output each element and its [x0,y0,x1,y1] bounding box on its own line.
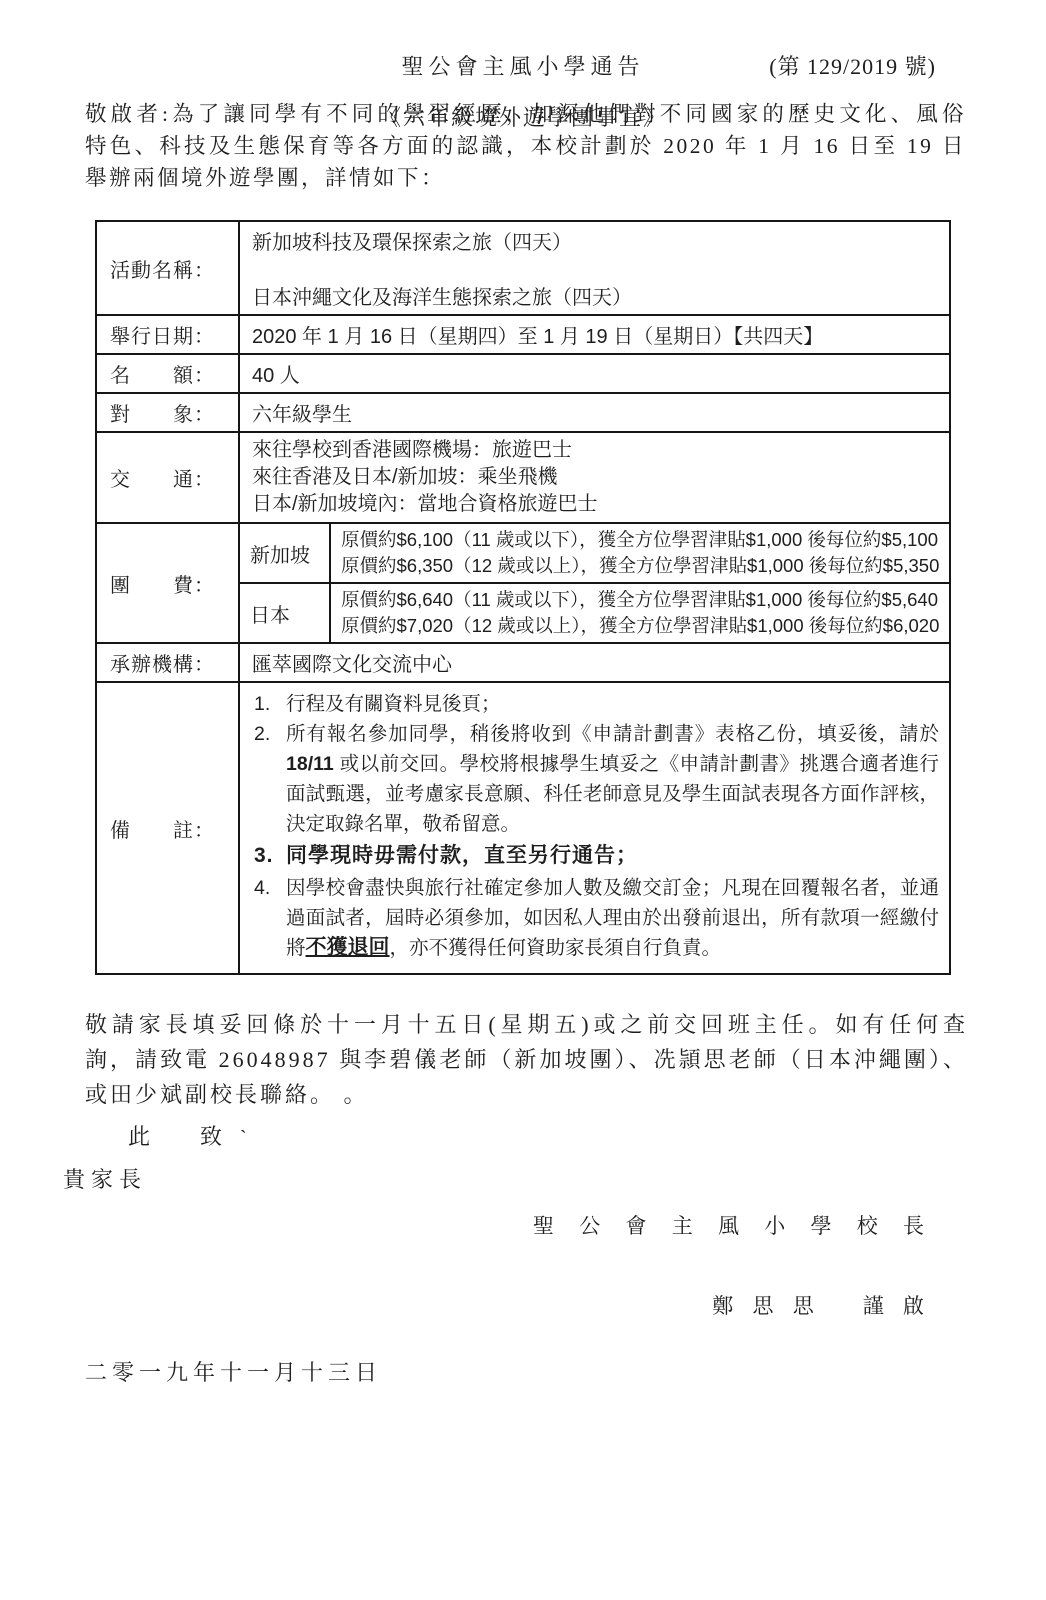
fee-row-japan: 日本 原價約$6,640（11 歲或以下），獲全方位學習津貼$1,000 後每位… [240,583,949,642]
transport-line-2: 來往香港及日本/新加坡：乘坐飛機 [252,464,941,491]
activity-label: 活動名稱： [96,221,239,315]
closing-paragraph: 敬請家長填妥回條於十一月十五日(星期五)或之前交回班主任。如有任何查 詢，請致電… [85,1007,968,1112]
remark-2-text: 所有報名參加同學，稍後將收到《申請計劃書》表格乙份，填妥後，請於 18/11 或… [286,719,943,839]
fee-singapore-line-1: 原價約$6,100（11 歲或以下），獲全方位學習津貼$1,000 後每位約$5… [341,527,945,553]
closing-line-2: 詢，請致電 26048987 與李碧儀老師（新加坡團）、冼頴思老師（日本沖繩團）… [85,1042,968,1077]
remark-4-no-refund: 不獲退回 [306,936,390,959]
issue-date: 二零一九年十一月十三日 [85,1356,1046,1387]
fee-singapore-line-2: 原價約$6,350（12 歲或以上），獲全方位學習津貼$1,000 後每位約$5… [341,553,945,579]
signature-honorific: 謹 啟 [863,1294,931,1318]
organizer-label: 承辦機構： [96,643,239,682]
activity-value: 新加坡科技及環保探索之旅（四天） 日本沖繩文化及海洋生態探索之旅（四天） [239,221,950,315]
quota-value: 40 人 [239,354,950,393]
remark-4-post: ，亦不獲得任何資助家長須自行負責。 [390,937,722,959]
fee-value: 新加坡 原價約$6,100（11 歲或以下），獲全方位學習津貼$1,000 後每… [239,523,950,643]
table-row-date: 舉行日期： 2020 年 1 月 16 日（星期四）至 1 月 19 日（星期日… [96,315,950,354]
salutation-text: 此 致 [128,1124,224,1149]
date-value: 2020 年 1 月 16 日（星期四）至 1 月 19 日（星期日）【共四天】 [239,315,950,354]
remark-2-post: 或以前交回。學校將根據學生填妥之《申請計劃書》挑選合適者進行面試甄選，並考慮家長… [286,753,939,835]
quota-label: 名 額： [96,354,239,393]
remark-item-1: 1. 行程及有關資料見後頁； [240,689,943,719]
salutation-mark: ˋ [240,1127,249,1149]
remark-item-2: 2. 所有報名參加同學，稍後將收到《申請計劃書》表格乙份，填妥後，請於 18/1… [240,719,943,839]
target-value: 六年級學生 [239,393,950,432]
recipient-line: 貴家長 [63,1163,1046,1194]
transport-label: 交 通： [96,432,239,523]
fee-text-japan: 原價約$6,640（11 歲或以下），獲全方位學習津貼$1,000 後每位約$5… [330,583,949,642]
transport-line-3: 日本/新加坡境內：當地合資格旅遊巴士 [252,491,941,518]
fee-text-singapore: 原價約$6,100（11 歲或以下），獲全方位學習津貼$1,000 後每位約$5… [330,524,949,583]
signature-row: 鄭 思 思謹 啟 [0,1290,931,1320]
notice-header: 聖公會主風小學通告 (第 129/2019 號) 《六年級境外遊學團事宜》 [0,0,1046,84]
transport-line-1: 來往學校到香港國際機場：旅遊巴士 [252,437,941,464]
closing-line-3: 或田少斌副校長聯絡。 。 [85,1077,968,1112]
remark-item-3: 3. 同學現時毋需付款，直至另行通告； [240,839,943,873]
remark-1-text: 行程及有關資料見後頁； [286,689,943,719]
fee-label: 團 費： [96,523,239,643]
fee-subtable: 新加坡 原價約$6,100（11 歲或以下），獲全方位學習津貼$1,000 後每… [240,524,949,642]
intro-line-3: 舉辦兩個境外遊學團，詳情如下： [85,162,966,194]
fee-name-singapore: 新加坡 [240,524,330,583]
signature-name: 鄭 思 思 [712,1294,821,1318]
remarks-value: 1. 行程及有關資料見後頁； 2. 所有報名參加同學，稍後將收到《申請計劃書》表… [239,682,950,974]
remark-1-number: 1. [240,689,286,719]
closing-line-1: 敬請家長填妥回條於十一月十五日(星期五)或之前交回班主任。如有任何查 [85,1007,968,1042]
remark-3-text: 同學現時毋需付款，直至另行通告； [286,839,943,873]
table-row-transport: 交 通： 來往學校到香港國際機場：旅遊巴士 來往香港及日本/新加坡：乘坐飛機 日… [96,432,950,523]
remark-4-number: 4. [240,873,286,963]
target-label: 對 象： [96,393,239,432]
remark-item-4: 4. 因學校會盡快與旅行社確定參加人數及繳交訂金；凡現在回覆報名者，並通過面試者… [240,873,943,963]
table-row-target: 對 象： 六年級學生 [96,393,950,432]
notice-page: 聖公會主風小學通告 (第 129/2019 號) 《六年級境外遊學團事宜》 敬啟… [0,0,1046,1600]
remark-2-deadline: 18/11 [286,753,334,775]
activity-line-singapore: 新加坡科技及環保探索之旅（四天） [252,226,941,255]
organizer-value: 匯萃國際文化交流中心 [239,643,950,682]
notice-number: (第 129/2019 號) [769,50,936,81]
transport-value: 來往學校到香港國際機場：旅遊巴士 來往香港及日本/新加坡：乘坐飛機 日本/新加坡… [239,432,950,523]
fee-name-japan: 日本 [240,583,330,642]
intro-line-2: 特色、科技及生態保育等各方面的認識，本校計劃於 2020 年 1 月 16 日至… [85,130,966,162]
table-row-fee: 團 費： 新加坡 原價約$6,100（11 歲或以下），獲全方位學習津貼$1,0… [96,523,950,643]
remark-2-pre: 所有報名參加同學，稍後將收到《申請計劃書》表格乙份，填妥後，請於 [286,723,939,745]
activity-line-japan: 日本沖繩文化及海洋生態探索之旅（四天） [252,281,941,310]
remarks-label: 備 註： [96,682,239,974]
table-row-organizer: 承辦機構： 匯萃國際文化交流中心 [96,643,950,682]
signature-school-title: 聖 公 會 主 風 小 學 校 長 [0,1210,934,1240]
table-row-activity: 活動名稱： 新加坡科技及環保探索之旅（四天） 日本沖繩文化及海洋生態探索之旅（四… [96,221,950,315]
remark-4-text: 因學校會盡快與旅行社確定參加人數及繳交訂金；凡現在回覆報名者，並通過面試者，屆時… [286,873,943,963]
fee-japan-line-2: 原價約$7,020（12 歲或以上），獲全方位學習津貼$1,000 後每位約$6… [341,613,945,639]
fee-row-singapore: 新加坡 原價約$6,100（11 歲或以下），獲全方位學習津貼$1,000 後每… [240,524,949,583]
notice-subtitle: 《六年級境外遊學團事宜》 [0,101,1046,132]
table-row-remarks: 備 註： 1. 行程及有關資料見後頁； 2. 所有報名參加同學，稍後將收到《申請… [96,682,950,974]
table-row-quota: 名 額： 40 人 [96,354,950,393]
date-label: 舉行日期： [96,315,239,354]
salutation-line: 此 致ˋ [128,1120,1046,1151]
details-table: 活動名稱： 新加坡科技及環保探索之旅（四天） 日本沖繩文化及海洋生態探索之旅（四… [95,220,951,975]
fee-japan-line-1: 原價約$6,640（11 歲或以下），獲全方位學習津貼$1,000 後每位約$5… [341,587,945,613]
remark-3-number: 3. [240,839,286,873]
remark-2-number: 2. [240,719,286,839]
